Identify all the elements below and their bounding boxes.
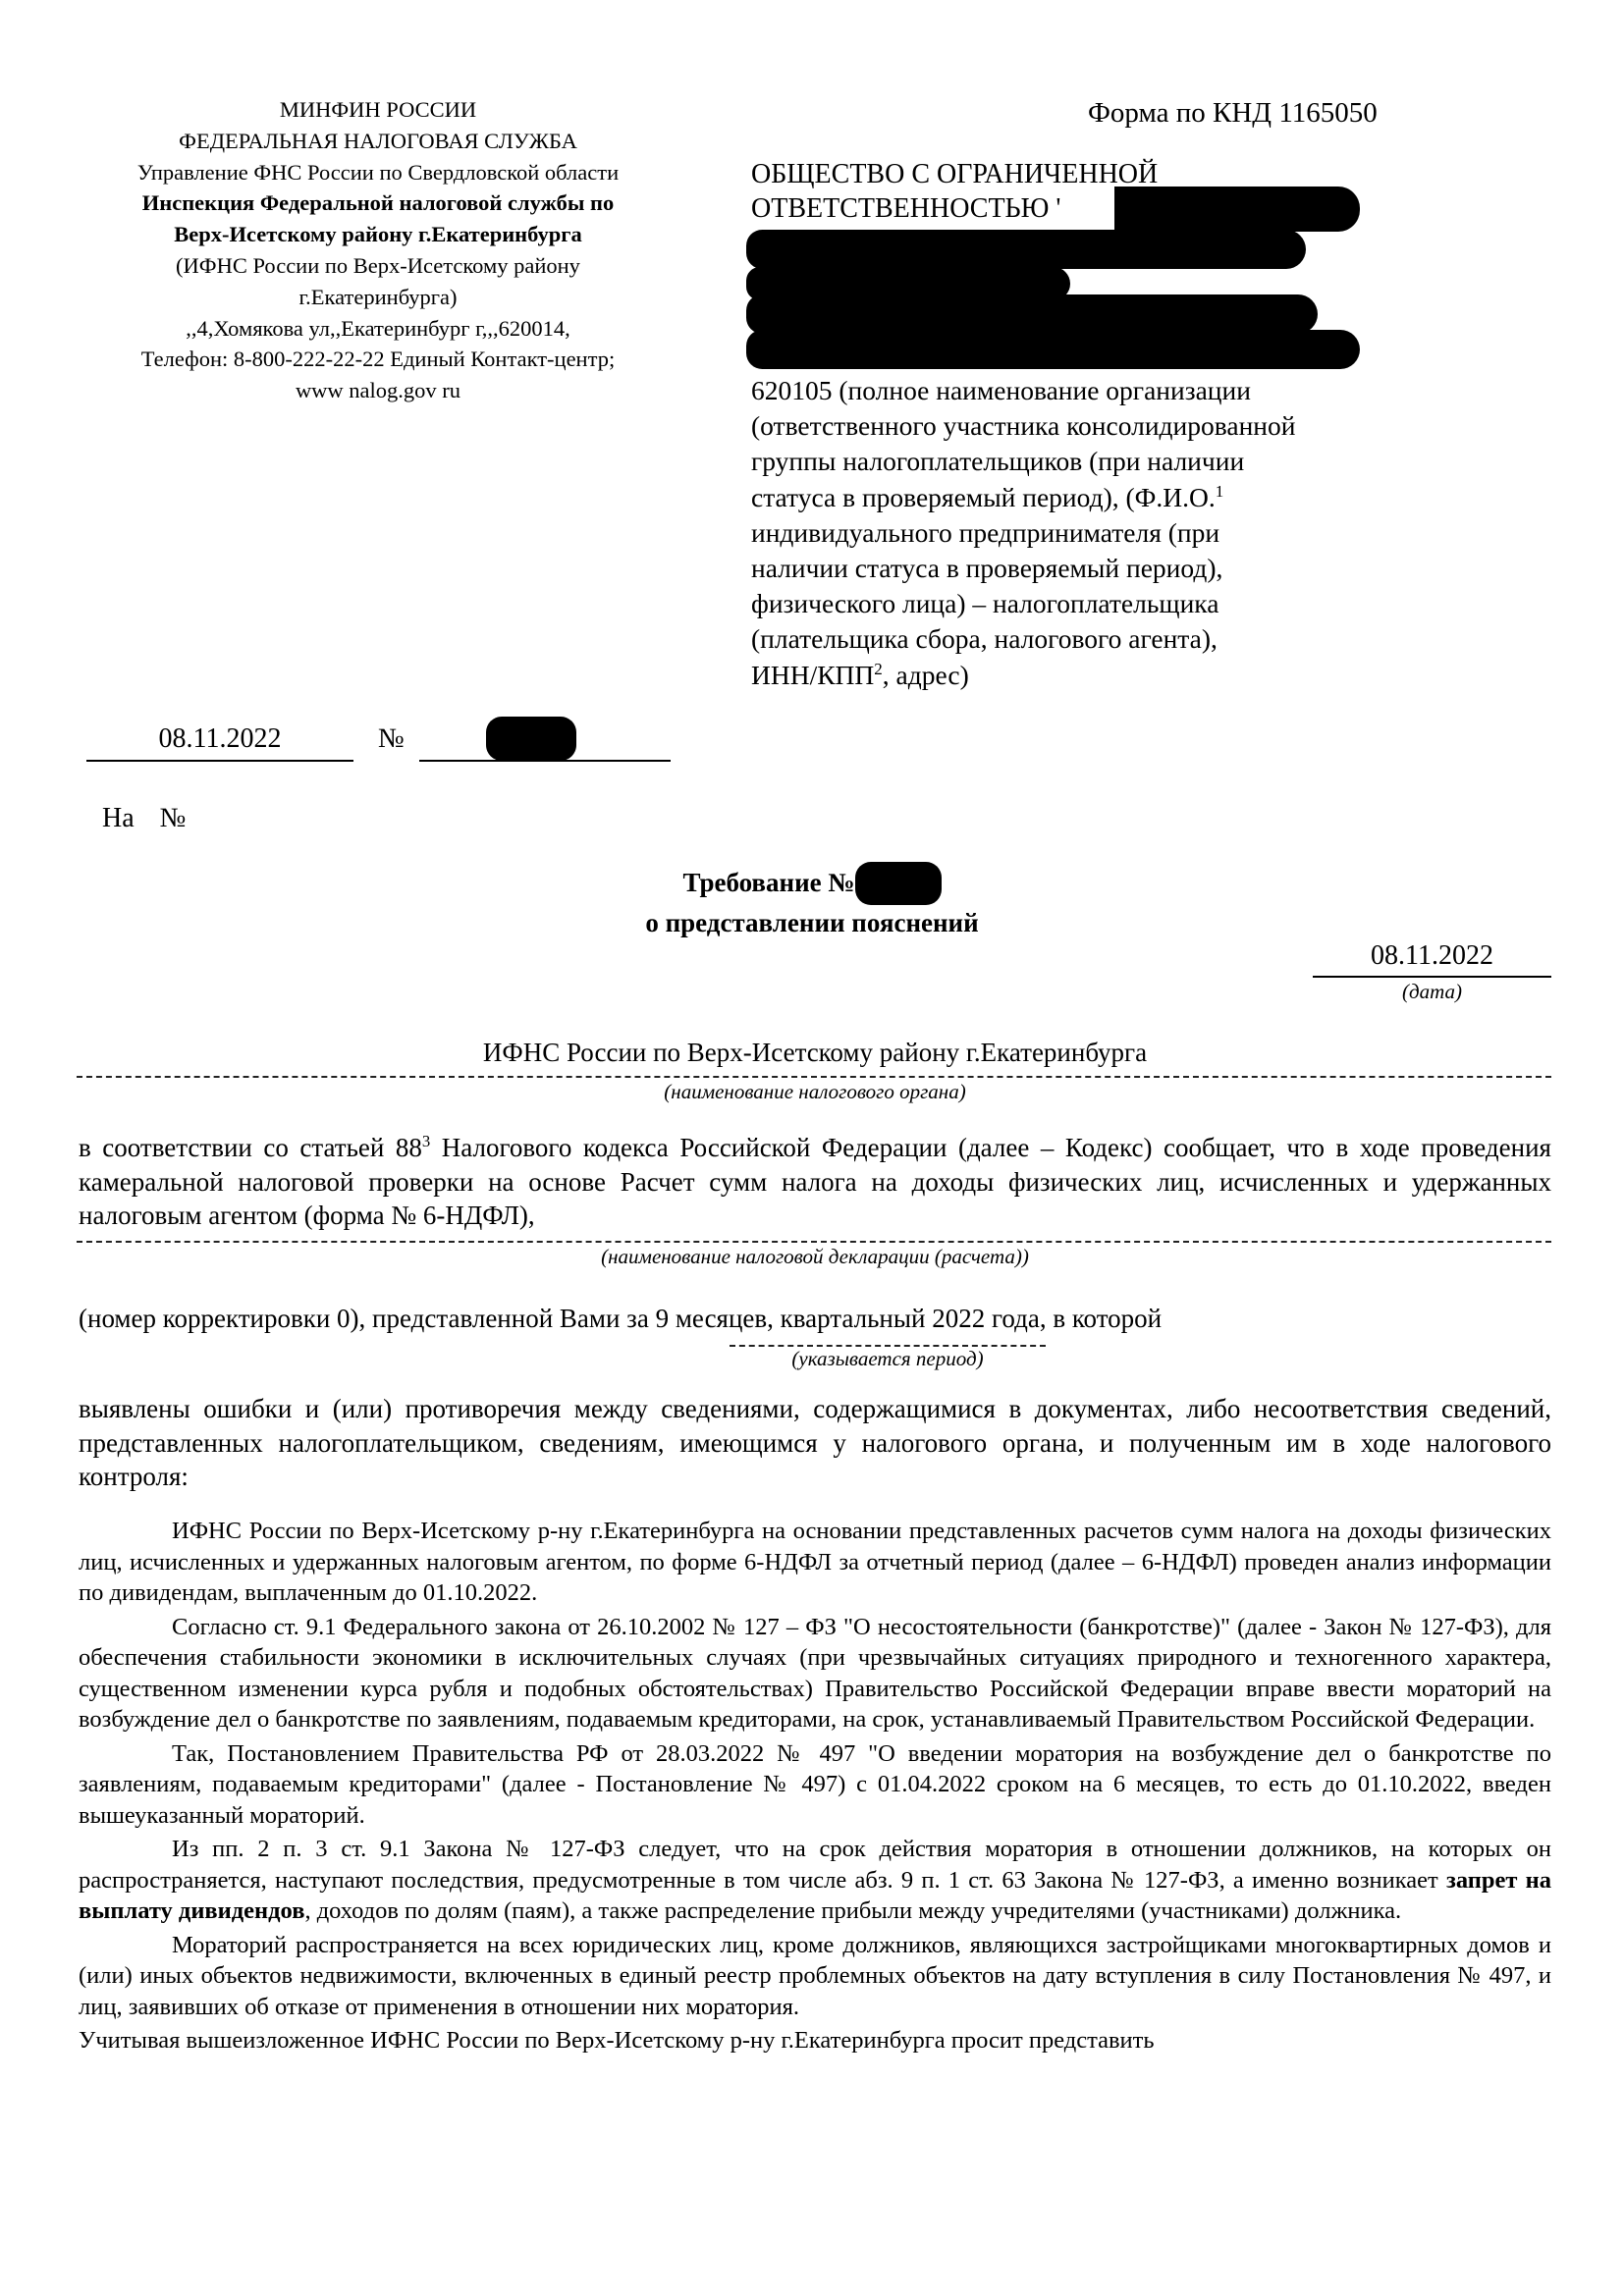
request-date-underline [1313, 976, 1551, 978]
sender-website: www nalog.gov ru [83, 375, 673, 406]
body-paragraph: Из пп. 2 п. 3 ст. 9.1 Закона № 127-ФЗ сл… [79, 1834, 1551, 1927]
reply-to-number: На № [102, 803, 186, 834]
period-caption: (указывается период) [730, 1347, 1046, 1370]
intro-text: в соответствии со статьей 88 [79, 1133, 422, 1162]
document-subtitle: о представлении пояснений [0, 903, 1624, 942]
sender-block: МИНФИН РОССИИ ФЕДЕРАЛЬНАЯ НАЛОГОВАЯ СЛУЖ… [83, 94, 673, 406]
sender-line: г.Екатеринбурга) [83, 282, 673, 313]
intro-superscript: 3 [422, 1132, 430, 1150]
findings-paragraph: выявлены ошибки и (или) противоречия меж… [79, 1392, 1551, 1494]
sender-line: Верх-Исетскому району г.Екатеринбурга [83, 219, 673, 250]
recipient-description: 620105 (полное наименование организации … [751, 373, 1458, 693]
recipient-desc-line: физического лица) – налогоплательщика [751, 586, 1458, 621]
declaration-dashline [77, 1241, 1551, 1243]
redaction-block [1114, 187, 1360, 232]
outgoing-date-underline [86, 760, 353, 762]
recipient-desc-line: (плательщика сбора, налогового агента), [751, 621, 1458, 657]
footnote-marker: 1 [1216, 481, 1224, 500]
body-paragraph: Мораторий распространяется на всех юриди… [79, 1930, 1551, 2023]
explanation-body: ИФНС России по Верх-Исетскому р-ну г.Ека… [79, 1516, 1551, 2059]
sender-line: МИНФИН РОССИИ [83, 94, 673, 126]
outgoing-number-sign: № [378, 723, 405, 755]
request-date: 08.11.2022 [1313, 940, 1551, 972]
recipient-desc-line: 620105 (полное наименование организации [751, 373, 1458, 408]
redaction-block [746, 330, 1360, 369]
recipient-desc-line: (ответственного участника консолидирован… [751, 408, 1458, 444]
sender-line: Управление ФНС России по Свердловской об… [83, 157, 673, 188]
redaction-block [746, 230, 1306, 269]
intro-paragraph: в соответствии со статьей 883 Налогового… [79, 1131, 1551, 1233]
body-text: , доходов по долям (паям), а также распр… [304, 1897, 1401, 1924]
body-paragraph: ИФНС России по Верх-Исетскому р-ну г.Ека… [79, 1516, 1551, 1609]
body-text: Из пп. 2 п. 3 ст. 9.1 Закона № 127-ФЗ сл… [79, 1836, 1551, 1894]
tax-authority-dashline [77, 1076, 1551, 1078]
sender-line: ,,4,Хомякова ул,,Екатеринбург г,,,620014… [83, 313, 673, 345]
redaction-title-number [855, 862, 942, 905]
body-paragraph: Согласно ст. 9.1 Федерального закона от … [79, 1612, 1551, 1735]
redaction-outgoing-number [486, 717, 576, 761]
redaction-block [746, 294, 1318, 334]
period-line: (номер корректировки 0), представленной … [79, 1303, 1551, 1334]
title-line1: Требование № [682, 868, 854, 897]
recipient-desc-line: индивидуального предпринимателя (при [751, 515, 1458, 551]
footnote-marker: 2 [874, 659, 883, 677]
sender-line: Телефон: 8-800-222-22-22 Единый Контакт-… [83, 344, 673, 375]
recipient-desc-line: наличии статуса в проверяемый период), [751, 551, 1458, 586]
outgoing-date: 08.11.2022 [86, 723, 353, 755]
form-code: Форма по КНД 1165050 [1088, 96, 1378, 130]
recipient-desc-line: статуса в проверяемый период), (Ф.И.О.1 [751, 480, 1458, 515]
recipient-desc-line: группы налогоплательщиков (при наличии [751, 444, 1458, 479]
body-paragraph-request: Учитывая вышеизложенное ИФНС России по В… [79, 2025, 1551, 2056]
sender-line: (ИФНС России по Верх-Исетскому району [83, 250, 673, 282]
recipient-desc-line: ИНН/КПП2, адрес) [751, 658, 1458, 693]
document-title: Требование № [0, 862, 1624, 905]
body-paragraph: Так, Постановлением Правительства РФ от … [79, 1738, 1551, 1832]
sender-line: Инспекция Федеральной налоговой службы п… [83, 187, 673, 219]
declaration-caption: (наименование налоговой декларации (расч… [79, 1245, 1551, 1268]
sender-line: ФЕДЕРАЛЬНАЯ НАЛОГОВАЯ СЛУЖБА [83, 126, 673, 157]
tax-authority-caption: (наименование налогового органа) [79, 1080, 1551, 1103]
request-date-caption: (дата) [1313, 980, 1551, 1003]
tax-authority-name: ИФНС России по Верх-Исетскому району г.Е… [79, 1037, 1551, 1068]
